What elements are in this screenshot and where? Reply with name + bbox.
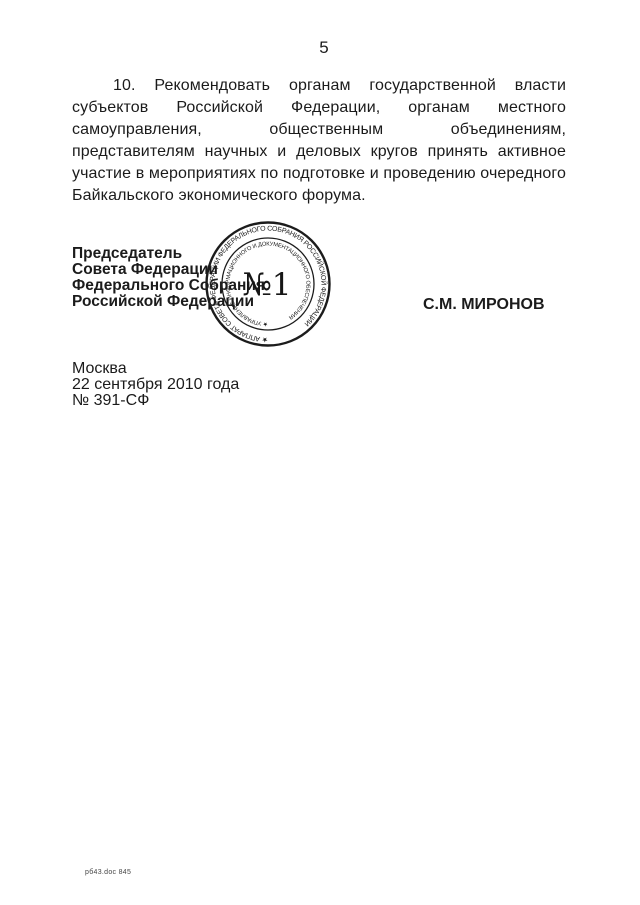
official-round-stamp: ★ АППАРАТ СОВЕТА ФЕДЕРАЦИИ ФЕДЕРАЛЬНОГО … [200, 216, 336, 352]
stamp-number: №1 [242, 267, 291, 303]
issuance-block: Москва 22 сентября 2010 года № 391-СФ [72, 361, 239, 409]
document-footnote: рб43.doc 845 [85, 869, 131, 876]
issuance-date: 22 сентября 2010 года [72, 377, 239, 393]
signer-name: С.М. МИРОНОВ [423, 296, 545, 314]
resolution-paragraph-10: 10. Рекомендовать органам государственно… [72, 75, 566, 207]
issuance-city: Москва [72, 361, 239, 377]
page-number: 5 [0, 38, 640, 58]
document-number: № 391-СФ [72, 393, 239, 409]
